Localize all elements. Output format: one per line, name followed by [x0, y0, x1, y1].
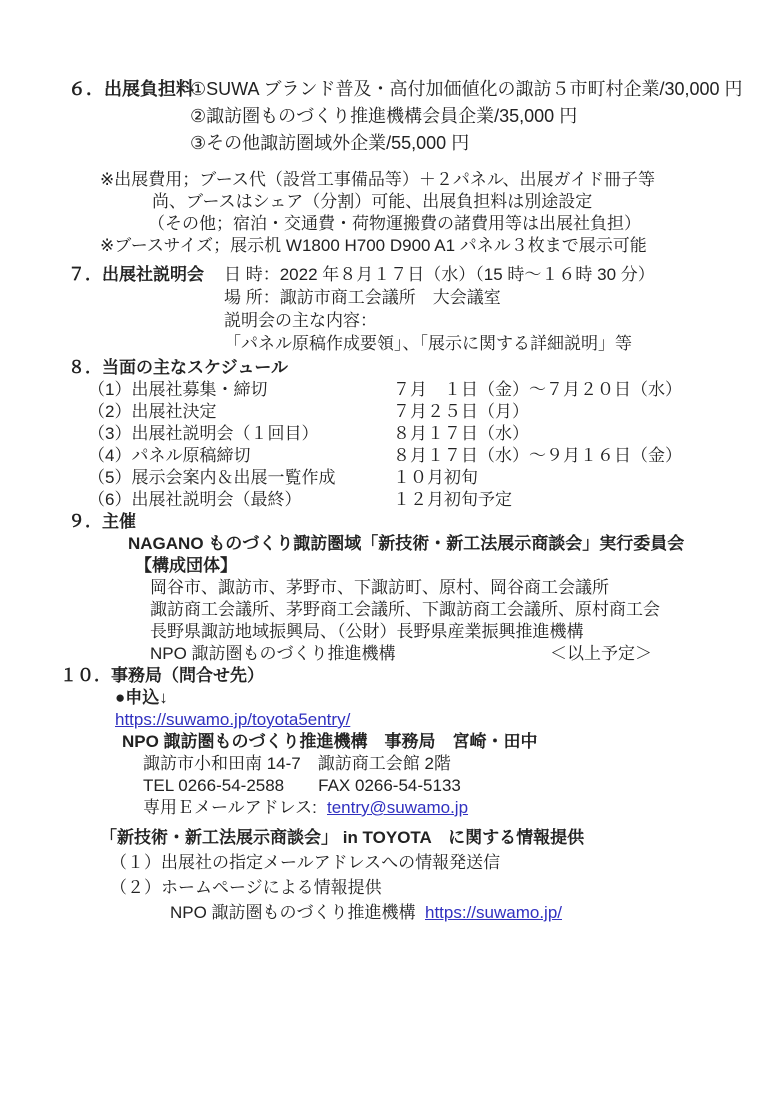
- fee-item-1: ①SUWA ブランド普及・高付加価値化の諏訪５市町村企業/30,000 円: [190, 76, 743, 103]
- document-page: ６．出展負担料 ①SUWA ブランド普及・高付加価値化の諏訪５市町村企業/30,…: [0, 0, 780, 1103]
- schedule-row: （4）パネル原稿締切 ８月１７日（水）～９月１６日（金）: [88, 445, 780, 467]
- section10-heading: １０．事務局（問合せ先）: [60, 665, 264, 687]
- schedule-label-3: （3）出展社説明会（１回目）: [88, 423, 393, 445]
- email-link[interactable]: tentry@suwamo.jp: [327, 797, 468, 819]
- email-label: 専用Ｅメールアドレス:: [143, 797, 327, 819]
- fee-note-share: 尚、ブースはシェア（分割）可能、出展負担料は別途設定: [152, 191, 592, 213]
- section9-title: 主催: [102, 512, 136, 531]
- office-name: NPO 諏訪圏ものづくり推進機構 事務局 宮崎・田中: [122, 731, 538, 753]
- organizer-group-2: 諏訪商工会議所、茅野商工会議所、下諏訪商工会議所、原村商工会: [150, 599, 660, 621]
- organizer-groups-label: 【構成団体】: [135, 555, 237, 577]
- schedule-label-2: （2）出展社決定: [88, 401, 393, 423]
- schedule-date-2: ７月２５日（月）: [393, 401, 529, 423]
- schedule-row: （2）出展社決定 ７月２５日（月）: [88, 401, 780, 423]
- fee-note-booth-size: ※ブースサイズ；展示机 W1800 H700 D900 A1 パネル３枚まで展示…: [100, 235, 647, 257]
- schedule-date-6: １２月初旬予定: [393, 489, 512, 511]
- section10-title: 事務局（問合せ先）: [111, 666, 264, 685]
- section-organizer: ９．主催 NAGANO ものづくり諏訪圏域「新技術・新工法展示商談会」実行委員会…: [0, 511, 780, 665]
- fee-item-2: ②諏訪圏ものづくり推進機構会員企業/35,000 円: [190, 103, 577, 130]
- office-address: 諏訪市小和田南 14-7 諏訪商工会館 2階: [143, 753, 451, 775]
- info-title: 「新技術・新工法展示商談会」 in TOYOTA に関する情報提供: [100, 825, 584, 850]
- schedule-date-1: ７月 １日（金）～７月２０日（水）: [393, 379, 682, 401]
- fee-item-3: ③その他諏訪圏域外企業/55,000 円: [190, 130, 469, 157]
- section8-title: 当面の主なスケジュール: [102, 358, 288, 377]
- section6-heading: ６．出展負担料: [68, 76, 190, 103]
- schedule-row: （1）出展社募集・締切 ７月 １日（金）～７月２０日（水）: [88, 379, 780, 401]
- info-item-1: （１）出展社の指定メールアドレスへの情報発送信: [110, 850, 500, 875]
- briefing-content-detail: 「パネル原稿作成要領」、「展示に関する詳細説明」等: [224, 332, 632, 355]
- section7-number: ７．: [68, 265, 102, 284]
- section-exhibitor-briefing: ７．出展社説明会 日 時：2022 年８月１７日（水）（15 時～１６時 30 …: [0, 263, 780, 355]
- schedule-label-4: （4）パネル原稿締切: [88, 445, 393, 467]
- schedule-row: （3）出展社説明会（１回目） ８月１７日（水）: [88, 423, 780, 445]
- section8-number: ８．: [68, 358, 102, 377]
- fee-note-cost: ※出展費用；ブース代（設営工事備品等）＋２パネル、出展ガイド冊子等: [100, 169, 655, 191]
- entry-url-link[interactable]: https://suwamo.jp/toyota5entry/: [115, 709, 350, 731]
- briefing-datetime: 日 時：2022 年８月１７日（水）（15 時～１６時 30 分）: [224, 263, 655, 286]
- schedule-row: （6）出展社説明会（最終） １２月初旬予定: [88, 489, 780, 511]
- organizer-group-1: 岡谷市、諏訪市、茅野市、下諏訪町、原村、岡谷商工会議所: [150, 577, 609, 599]
- briefing-place: 場 所：諏訪市商工会議所 大会議室: [224, 286, 501, 309]
- section-office-contact: １０．事務局（問合せ先） ●申込↓ https://suwamo.jp/toyo…: [0, 665, 780, 819]
- info-item-2: （２）ホームページによる情報提供: [110, 875, 382, 900]
- section-schedule: ８．当面の主なスケジュール （1）出展社募集・締切 ７月 １日（金）～７月２０日…: [0, 357, 780, 511]
- section10-number: １０．: [60, 666, 111, 685]
- section8-heading: ８．当面の主なスケジュール: [68, 357, 288, 379]
- schedule-label-6: （6）出展社説明会（最終）: [88, 489, 393, 511]
- briefing-content-label: 説明会の主な内容：: [224, 309, 377, 332]
- schedule-date-3: ８月１７日（水）: [393, 423, 529, 445]
- organizer-group-3: 長野県諏訪地域振興局、（公財）長野県産業振興推進機構: [150, 621, 584, 643]
- schedule-label-1: （1）出展社募集・締切: [88, 379, 393, 401]
- section6-number: ６．: [68, 79, 104, 99]
- office-tel-fax: TEL 0266-54-2588 FAX 0266-54-5133: [143, 775, 461, 797]
- section-exhibition-fee: ６．出展負担料 ①SUWA ブランド普及・高付加価値化の諏訪５市町村企業/30,…: [0, 76, 780, 257]
- section6-title: 出展負担料: [104, 79, 194, 99]
- organizer-note: ＜以上予定＞: [550, 643, 652, 665]
- fee-note-other: （その他；宿泊・交通費・荷物運搬費の諸費用等は出展社負担）: [148, 213, 641, 235]
- section9-number: ９．: [68, 512, 102, 531]
- organizer-group-4: NPO 諏訪圏ものづくり推進機構: [150, 643, 550, 665]
- info-org: NPO 諏訪圏ものづくり推進機構: [170, 900, 425, 925]
- schedule-date-4: ８月１７日（水）～９月１６日（金）: [393, 445, 682, 467]
- schedule-date-5: １０月初旬: [393, 467, 478, 489]
- section7-title: 出展社説明会: [102, 265, 204, 284]
- schedule-label-5: （5）展示会案内＆出展一覧作成: [88, 467, 393, 489]
- section9-heading: ９．主催: [68, 511, 136, 533]
- section7-heading: ７．出展社説明会: [68, 263, 224, 286]
- apply-label: ●申込↓: [115, 687, 168, 709]
- schedule-row: （5）展示会案内＆出展一覧作成 １０月初旬: [88, 467, 780, 489]
- organizer-committee: NAGANO ものづくり諏訪圏域「新技術・新工法展示商談会」実行委員会: [128, 533, 684, 555]
- section-information: 「新技術・新工法展示商談会」 in TOYOTA に関する情報提供 （１）出展社…: [0, 825, 780, 925]
- info-url-link[interactable]: https://suwamo.jp/: [425, 900, 562, 925]
